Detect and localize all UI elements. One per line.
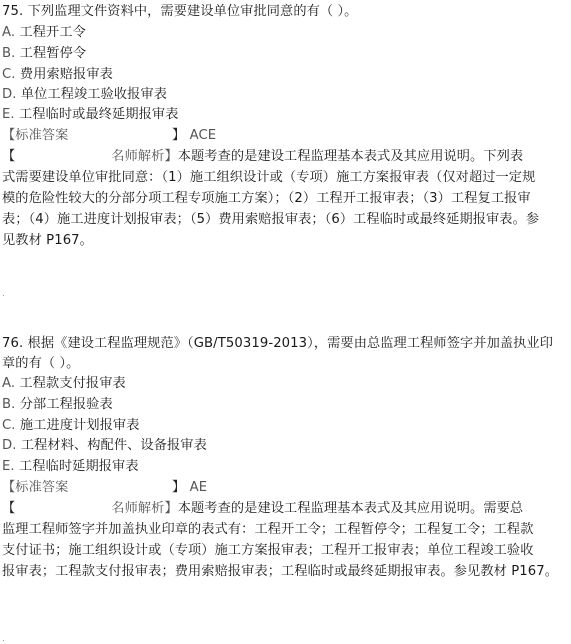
option-a: A. 工程开工令 [2, 24, 86, 42]
option-key: A. [2, 376, 15, 391]
standard-answer: 【标准答案】 ACE [2, 127, 216, 145]
analysis-text: 本题考查的是建设工程监理基本表式及其应用说明。下列表 [178, 149, 523, 164]
analysis-line-2: 式需要建设单位审批同意：（1）施工组织设计或（专项）施工方案报审表（仅对超过一定… [2, 169, 535, 187]
question-stem: 75. 下列监理文件资料中，需要建设单位审批同意的有（ ）。 [2, 3, 357, 21]
analysis-line-1: 【名师解析】本题考查的是建设工程监理基本表式及其应用说明。下列表 [2, 148, 523, 166]
analysis-label: 名师解析】 [111, 501, 177, 516]
analysis-line-3: 模的危险性较大的分部分项工程专项施工方案）；（2）工程开工报审表；（3）工程复工… [2, 190, 531, 208]
option-key: C. [2, 418, 16, 433]
analysis-label-open: 【 [2, 149, 15, 164]
option-text: 费用索赔报审表 [20, 67, 113, 82]
question-number: 75. [2, 4, 23, 19]
option-text: 单位工程竣工验收报审表 [21, 87, 167, 102]
standard-answer: 【标准答案】 AE [2, 479, 207, 497]
option-text: 工程暂停令 [20, 46, 86, 61]
question-stem-cont: 章的有（ ）。 [2, 355, 79, 373]
option-key: B. [2, 46, 15, 61]
answer-label: 【标准答案 [2, 127, 172, 145]
analysis-line-2: 监理工程师签字并加盖执业印章的表式有：工程开工令；工程暂停令；工程复工令；工程款 [2, 521, 534, 539]
question-text: 根据《建设工程监理规范》（GB/T50319-2013），需要由总监理工程师签字… [28, 336, 553, 351]
analysis-line-5: 见教材 P167。 [2, 232, 93, 250]
analysis-line-3: 支付证书；施工组织设计或（专项）施工方案报审表；工程开工报审表；单位工程竣工验收 [2, 542, 534, 560]
analysis-label: 名师解析】 [111, 149, 177, 164]
answer-label-close: 】 [172, 480, 185, 495]
option-b: B. 分部工程报验表 [2, 396, 113, 414]
analysis-label-open: 【 [2, 501, 15, 516]
answer-label-close: 】 [172, 128, 185, 143]
option-key: B. [2, 397, 15, 412]
option-c: C. 费用索赔报审表 [2, 66, 113, 84]
option-key: D. [2, 438, 17, 453]
analysis-line-4: 表；（4）施工进度计划报审表；（5）费用索赔报审表；（6）工程临时或最终延期报审… [2, 211, 539, 229]
option-text: 工程开工令 [19, 25, 85, 40]
option-key: E. [2, 459, 15, 474]
option-text: 分部工程报验表 [20, 397, 113, 412]
option-d: D. 工程材料、构配件、设备报审表 [2, 437, 207, 455]
option-b: B. 工程暂停令 [2, 45, 86, 63]
answer-value: ACE [190, 128, 217, 143]
option-text: 工程材料、构配件、设备报审表 [21, 438, 207, 453]
option-c: C. 施工进度计划报审表 [2, 417, 140, 435]
option-e: E. 工程临时或最终延期报审表 [2, 106, 178, 124]
option-text: 工程临时延期报审表 [19, 459, 139, 474]
question-number: 76. [2, 336, 23, 351]
analysis-text: 本题考查的是建设工程监理基本表式及其应用说明。需要总 [178, 501, 523, 516]
option-d: D. 单位工程竣工验收报审表 [2, 86, 167, 104]
answer-label: 【标准答案 [2, 479, 172, 497]
option-key: A. [2, 25, 15, 40]
option-key: C. [2, 67, 16, 82]
scan-artifact [3, 640, 4, 641]
scan-artifact [3, 295, 4, 296]
analysis-line-1: 【名师解析】本题考查的是建设工程监理基本表式及其应用说明。需要总 [2, 500, 523, 518]
option-e: E. 工程临时延期报审表 [2, 458, 139, 476]
option-a: A. 工程款支付报审表 [2, 375, 126, 393]
question-stem: 76. 根据《建设工程监理规范》（GB/T50319-2013），需要由总监理工… [2, 335, 553, 353]
option-text: 工程临时或最终延期报审表 [19, 107, 178, 122]
option-key: E. [2, 107, 15, 122]
question-text: 下列监理文件资料中，需要建设单位审批同意的有（ ）。 [28, 4, 358, 19]
option-text: 施工进度计划报审表 [20, 418, 140, 433]
analysis-line-4: 报审表；工程款支付报审表；费用索赔报审表；工程临时或最终延期报审表。参见教材 P… [2, 563, 558, 581]
answer-value: AE [190, 480, 208, 495]
option-key: D. [2, 87, 17, 102]
option-text: 工程款支付报审表 [19, 376, 125, 391]
